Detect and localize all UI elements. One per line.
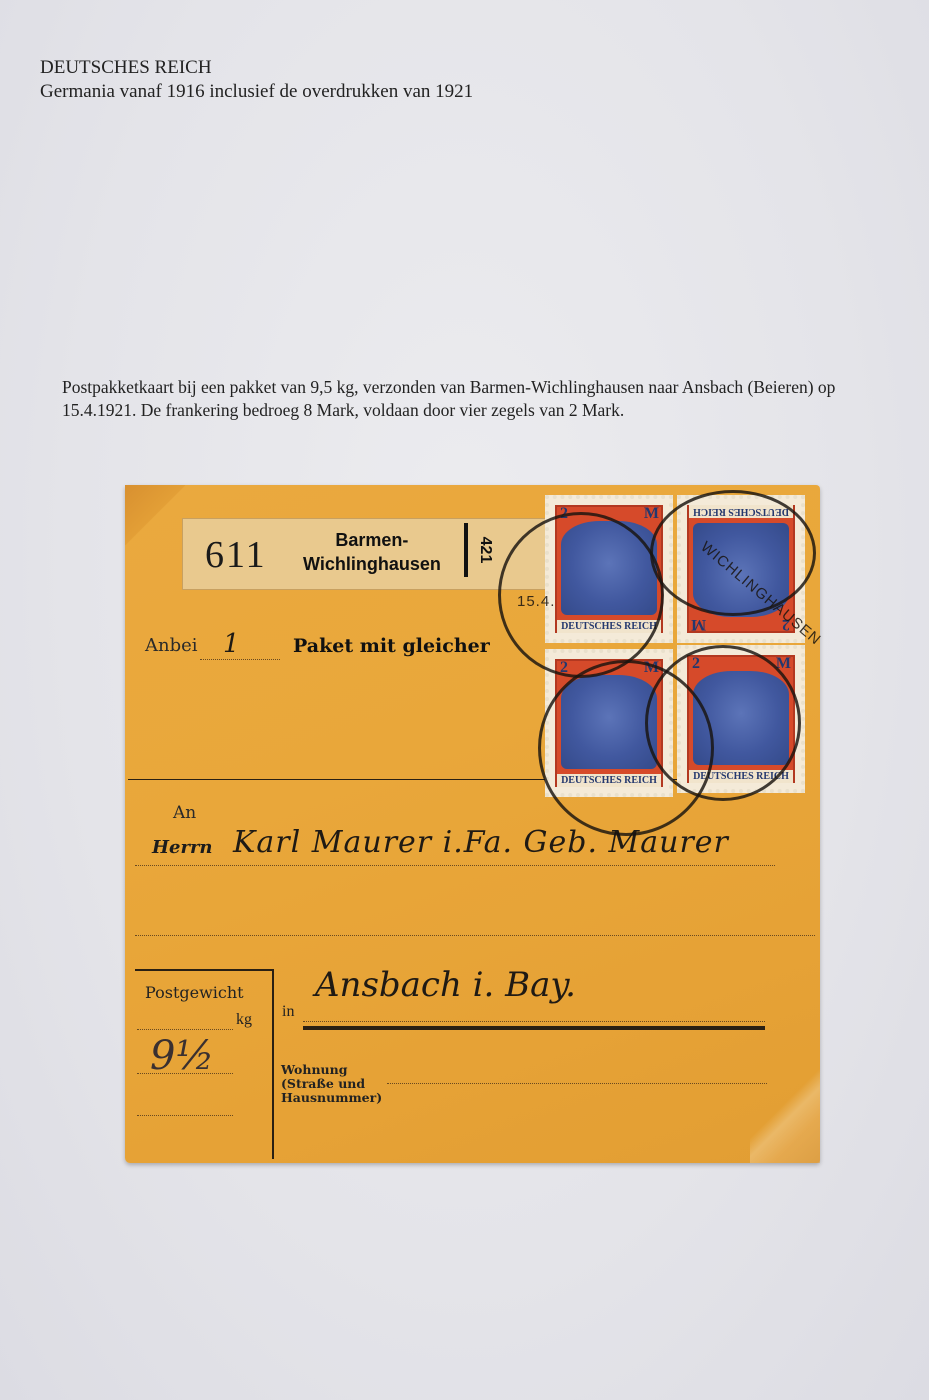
postgewicht-label: Postgewicht <box>145 983 244 1002</box>
weight-dotline-1 <box>137 1029 233 1030</box>
postmark-circle-icon <box>650 490 816 616</box>
weight-dotline-2 <box>137 1073 233 1074</box>
wohnung-line1: Wohnung <box>281 1063 382 1077</box>
label-divider <box>464 523 468 577</box>
anbei-dotline <box>200 659 280 660</box>
stamp-unit: M <box>691 615 706 633</box>
blank-dotline <box>135 935 815 936</box>
label-place-line1: Barmen- <box>303 528 441 552</box>
anbei-count: 1 <box>223 629 240 659</box>
weight-dotline-3 <box>137 1115 233 1116</box>
herr-label: Herrn <box>152 837 213 858</box>
label-code: 421 <box>476 530 494 570</box>
destination-handwritten: Ansbach i. Bay. <box>315 965 576 1005</box>
label-place: Barmen- Wichlinghausen <box>303 528 441 576</box>
destination-dotline <box>303 1021 765 1022</box>
weight-box-top <box>135 969 273 971</box>
page-subtitle: Germania vanaf 1916 inclusief de overdru… <box>40 80 473 104</box>
postmark-circle-icon <box>645 645 801 801</box>
in-label: in <box>282 1003 294 1021</box>
weight-box-right <box>272 969 274 1159</box>
page-title: DEUTSCHES REICH <box>40 56 473 80</box>
wohnung-label: Wohnung (Straße und Hausnummer) <box>281 1063 382 1105</box>
parcel-card: 611 Barmen- Wichlinghausen 421 Anbei 1 P… <box>125 485 820 1163</box>
label-place-line2: Wichlinghausen <box>303 552 441 576</box>
wohnung-line3: Hausnummer) <box>281 1091 382 1105</box>
wohnung-dotline <box>387 1083 767 1084</box>
destination-underline <box>303 1026 765 1030</box>
recipient-dotline <box>135 865 775 866</box>
stamp-unit: M <box>644 505 659 523</box>
description-text: Postpakketkaart bij een pakket van 9,5 k… <box>62 376 852 422</box>
an-label: An <box>173 803 196 823</box>
paket-text: Paket mit gleicher <box>293 635 490 657</box>
anbei-label: Anbei <box>145 635 198 656</box>
kg-label: kg <box>236 1011 252 1029</box>
page-heading: DEUTSCHES REICH Germania vanaf 1916 incl… <box>40 56 473 104</box>
postmark-date: 15.4. <box>517 593 555 610</box>
wohnung-line2: (Straße und <box>281 1077 382 1091</box>
label-number: 611 <box>205 533 267 577</box>
